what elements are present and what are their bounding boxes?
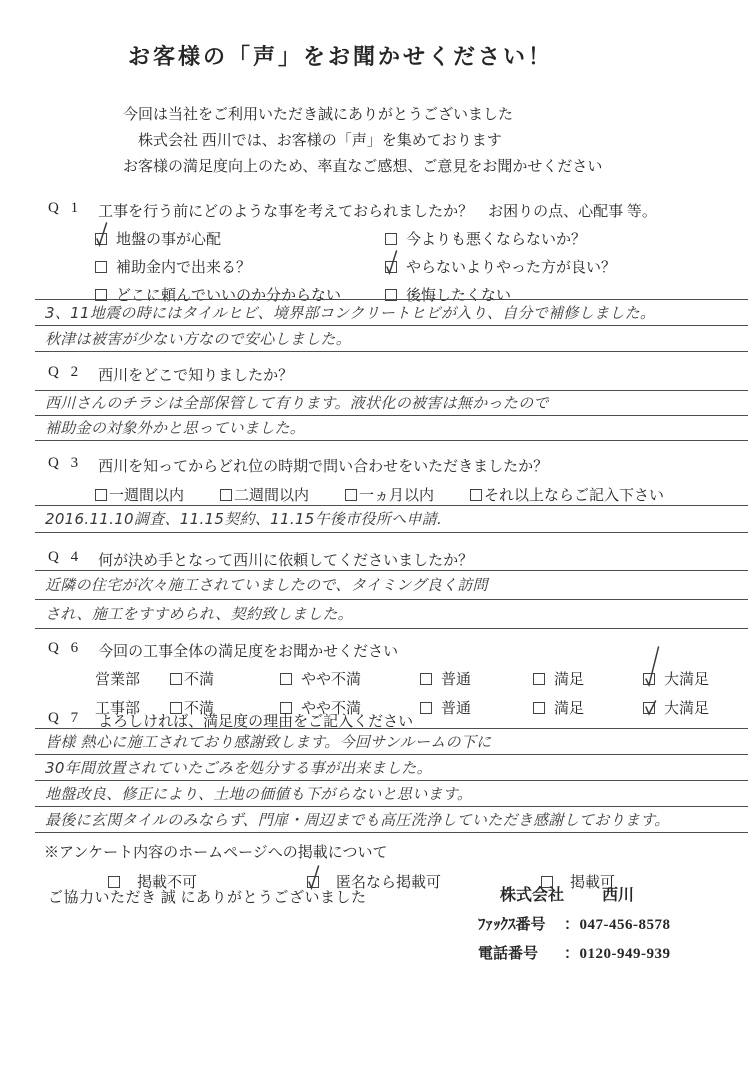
q4-text: 何が決め手となって西川に依頼してくださいましたか？ [98, 549, 473, 570]
q3-options: 一週間以内 二週間以内 一ヵ月以内 それ以上ならご記入下さい [95, 484, 749, 505]
q1-options: 地盤の事が心配 今よりも悪くならないか？ 補助金内で出来る？ やらないよりやった… [95, 228, 749, 305]
q6-dept-sales: 営業部 [95, 668, 170, 689]
q1-option-yaranai[interactable]: やらないよりやった方が良い？ [385, 256, 749, 277]
checkbox[interactable] [95, 261, 107, 273]
checkbox[interactable] [385, 261, 397, 273]
checkbox[interactable] [385, 233, 397, 245]
q1-answer-area: 3、11地震の時にはタイルヒビ、境界部コンクリートヒビが入り、自分で補修しました… [35, 299, 748, 352]
checkbox[interactable] [95, 233, 107, 245]
page-title: お客様の「声」をお聞かせください！ [128, 40, 553, 71]
option-label: 一週間以内 [109, 484, 184, 505]
question-q4: Q 4 何が決め手となって西川に依頼してくださいましたか？ [48, 549, 749, 570]
q3-option-1week[interactable]: 一週間以内 [95, 484, 184, 505]
handwritten-text: 秋津は被害が少ない方なので安心しました。 [35, 326, 351, 352]
handwritten-text: 30年間放置されていたごみを処分する事が出来ました。 [35, 755, 432, 781]
publish-title: ※アンケート内容のホームページへの掲載について [44, 841, 615, 862]
option-label: 今よりも悪くならないか？ [406, 228, 586, 249]
checkbox[interactable] [170, 673, 182, 685]
option-label: 大満足 [664, 668, 709, 689]
answer-line: 秋津は被害が少ない方なので安心しました。 [35, 326, 748, 352]
option-label: 満足 [554, 668, 584, 689]
answer-line: 西川さんのチラシは全部保管して有ります。液状化の被害は無かったので [35, 391, 748, 416]
q6-sales-yayafuman[interactable]: やや不満 [280, 668, 420, 689]
q2-text: 西川をどこで知りましたか？ [98, 364, 293, 385]
q3-option-more[interactable]: それ以上ならご記入下さい [470, 484, 664, 505]
company-type: 株式会社 [500, 887, 564, 904]
q1-option-waruku[interactable]: 今よりも悪くならないか？ [385, 228, 749, 249]
q4-number: Q 4 [48, 549, 82, 570]
check-mark-icon [386, 249, 398, 275]
option-label: 普通 [441, 668, 471, 689]
intro-line-2: 株式会社 西川では、お客様の「声」を集めております [123, 128, 602, 154]
handwritten-text: 西川さんのチラシは全部保管して有ります。液状化の被害は無かったので [35, 391, 549, 416]
handwritten-text: 最後に玄関タイルのみならず、門扉・周辺までも高圧洗浄していただき感謝しております… [35, 807, 670, 833]
q6-sales-futsuu[interactable]: 普通 [420, 668, 533, 689]
checkbox[interactable] [220, 489, 232, 501]
checkbox[interactable] [280, 673, 292, 685]
checkbox[interactable] [420, 673, 432, 685]
fax-row: ﾌｧｯｸｽ番号 ：047-456-8578 [455, 913, 671, 934]
answer-line: 地盤改良、修正により、土地の価値も下がらないと思います。 [35, 781, 748, 807]
survey-document: お客様の「声」をお聞かせください！ 今回は当社をご利用いただき誠にありがとうござ… [0, 0, 755, 1068]
answer-line: 最後に玄関タイルのみならず、門扉・周辺までも高圧洗浄していただき感謝しております… [35, 807, 748, 833]
company-row: 株式会社西川 [455, 882, 671, 905]
q6-sales-daimanzoku[interactable]: 大満足 [643, 668, 749, 689]
q3-option-1month[interactable]: 一ヵ月以内 [345, 484, 434, 505]
handwritten-text: され、施工をすすめられ、契約致しました。 [35, 600, 353, 629]
tel-number: ：0120-949-939 [564, 942, 671, 963]
option-label: 一ヵ月以内 [359, 484, 434, 505]
q1-option-hojokin[interactable]: 補助金内で出来る？ [95, 256, 385, 277]
q6-number: Q 6 [48, 640, 82, 661]
intro-paragraph: 今回は当社をご利用いただき誠にありがとうございました 株式会社 西川では、お客様… [123, 102, 602, 180]
question-q1: Q 1 工事を行う前にどのような事を考えておられましたか？ お困りの点、心配事 … [48, 200, 749, 305]
checkbox[interactable] [533, 673, 545, 685]
fax-label: ﾌｧｯｸｽ番号 [478, 913, 564, 934]
handwritten-text: 近隣の住宅が次々施工されていましたので、タイミング良く訪問 [35, 571, 488, 600]
q1-option-jiban[interactable]: 地盤の事が心配 [95, 228, 385, 249]
answer-line: 30年間放置されていたごみを処分する事が出来ました。 [35, 755, 748, 781]
answer-line: 皆様 熱心に施工されており感謝致します。今回サンルームの下に [35, 729, 748, 755]
footer-contact-block: 株式会社西川 ﾌｧｯｸｽ番号 ：047-456-8578 電話番号 ：0120-… [455, 882, 671, 963]
handwritten-text: 地盤改良、修正により、土地の価値も下がらないと思います。 [35, 781, 472, 807]
q6-sales-manzoku[interactable]: 満足 [533, 668, 643, 689]
option-label: それ以上ならご記入下さい [484, 484, 664, 505]
thanks-message: ご協力いただき 誠 にありがとうございました [48, 886, 367, 907]
checkbox[interactable] [345, 489, 357, 501]
option-label: 補助金内で出来る？ [116, 256, 251, 277]
checkbox[interactable] [470, 489, 482, 501]
checkbox[interactable] [643, 673, 655, 685]
q2-answer-area: 西川さんのチラシは全部保管して有ります。液状化の被害は無かったので 補助金の対象… [35, 390, 748, 441]
q7-answer-area: 皆様 熱心に施工されており感謝致します。今回サンルームの下に 30年間放置されて… [35, 728, 748, 833]
option-label: 二週間以内 [234, 484, 309, 505]
q3-text: 西川を知ってからどれ位の時期で問い合わせをいただきましたか？ [98, 455, 548, 476]
question-q6: Q 6 今回の工事全体の満足度をお聞かせください 営業部 不満 やや不満 普通 … [48, 640, 749, 718]
q6-text: 今回の工事全体の満足度をお聞かせください [98, 640, 398, 661]
intro-line-1: 今回は当社をご利用いただき誠にありがとうございました [123, 102, 602, 128]
check-mark-icon [644, 645, 660, 687]
question-q2: Q 2 西川をどこで知りましたか？ [48, 364, 749, 385]
company-name: 西川 [602, 887, 634, 904]
handwritten-text: 補助金の対象外かと思っていました。 [35, 416, 305, 441]
question-q3: Q 3 西川を知ってからどれ位の時期で問い合わせをいただきましたか？ 一週間以内… [48, 455, 749, 505]
answer-line: 補助金の対象外かと思っていました。 [35, 416, 748, 441]
tel-label: 電話番号 [478, 942, 564, 963]
option-label: 地盤の事が心配 [116, 228, 221, 249]
intro-line-3: お客様の満足度向上のため、率直なご感想、ご意見をお聞かせください [123, 154, 602, 180]
check-mark-icon [96, 221, 108, 247]
answer-line: 3、11地震の時にはタイルヒビ、境界部コンクリートヒビが入り、自分で補修しました… [35, 300, 748, 326]
q2-number: Q 2 [48, 364, 82, 385]
q6-sales-fuman[interactable]: 不満 [170, 668, 280, 689]
tel-row: 電話番号 ：0120-949-939 [455, 942, 671, 963]
answer-line: 2016.11.10調査、11.15契約、11.15午後市役所へ申請. [35, 506, 748, 533]
handwritten-text: 2016.11.10調査、11.15契約、11.15午後市役所へ申請. [35, 506, 442, 533]
fax-number: ：047-456-8578 [564, 913, 671, 934]
answer-line: 近隣の住宅が次々施工されていましたので、タイミング良く訪問 [35, 571, 748, 600]
handwritten-text: 3、11地震の時にはタイルヒビ、境界部コンクリートヒビが入り、自分で補修しました… [35, 300, 655, 326]
q1-text: 工事を行う前にどのような事を考えておられましたか？ お困りの点、心配事 等。 [98, 200, 657, 221]
q1-number: Q 1 [48, 200, 82, 221]
q3-option-2weeks[interactable]: 二週間以内 [220, 484, 309, 505]
answer-line: され、施工をすすめられ、契約致しました。 [35, 600, 748, 629]
q4-answer-area: 近隣の住宅が次々施工されていましたので、タイミング良く訪問 され、施工をすすめら… [35, 570, 748, 629]
checkbox[interactable] [95, 489, 107, 501]
handwritten-text: 皆様 熱心に施工されており感謝致します。今回サンルームの下に [35, 729, 491, 755]
q3-number: Q 3 [48, 455, 82, 476]
option-label: 不満 [184, 668, 214, 689]
option-label: やらないよりやった方が良い？ [406, 256, 616, 277]
q3-answer-area: 2016.11.10調査、11.15契約、11.15午後市役所へ申請. [35, 505, 748, 533]
option-label: やや不満 [301, 668, 361, 689]
